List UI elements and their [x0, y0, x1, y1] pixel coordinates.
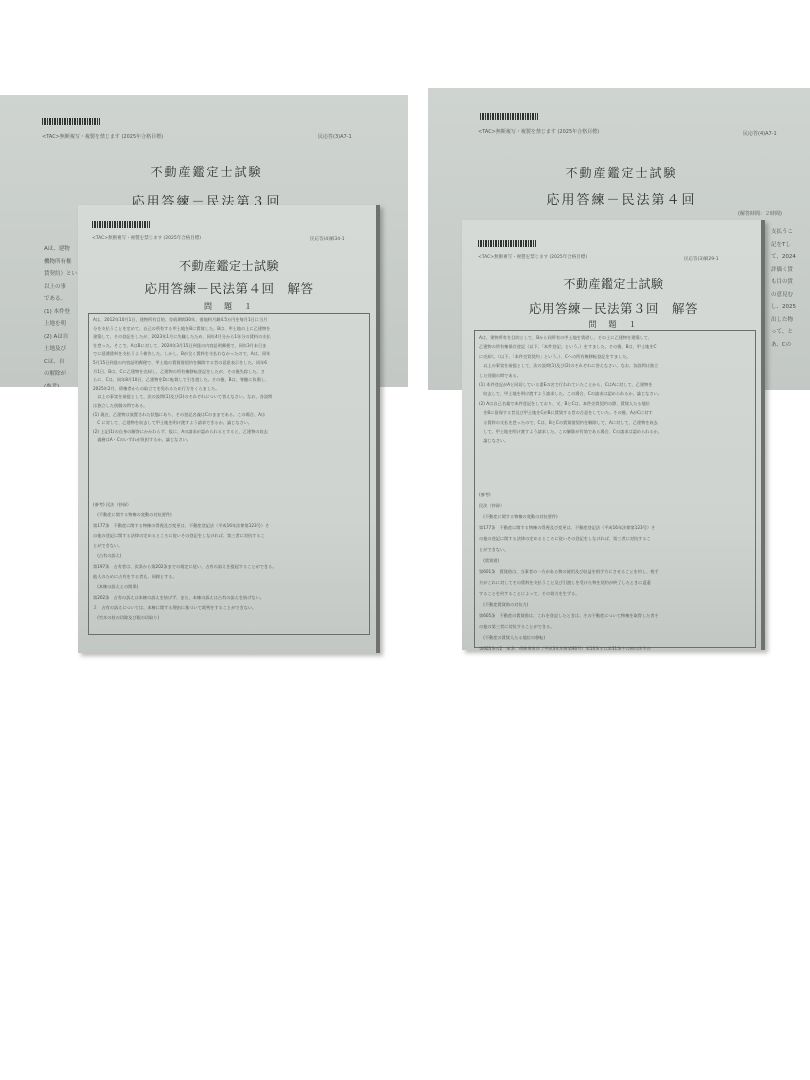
reference-text: (参考) 民法（抄録） (不動産に関する物権の変動の対抗要件) 第177条 不動… [93, 500, 277, 624]
barcode [42, 118, 100, 125]
front-left-answer-booklet: <TAC>無断複写・複製を禁じます (2025年合格目標) 民応答(4)解34-… [78, 205, 380, 653]
reference-text: (参考) 民法（抄録） (不動産に関する物権の変動の対抗要件) 第177条 不動… [479, 489, 659, 650]
front-right-answer-booklet: <TAC>無断複写・複製を禁じます (2025年合格目標) 民応答(3)解29-… [462, 220, 765, 650]
exam-title: 不動産鑑定士試験 [433, 164, 810, 181]
exam-code: 民応答(4)A7-1 [743, 130, 777, 137]
copyright-header: <TAC>無断複写・複製を禁じます (2025年合格目標) [478, 254, 587, 260]
exam-title: 不動産鑑定士試験 [78, 257, 380, 274]
copyright-header: <TAC>無断複写・複製を禁じます (2025年合格目標) [92, 235, 201, 241]
side-text: 支払うこ 記をTし て、2024 評価く賃 も目の賃 の意見む し、2025 出… [771, 226, 796, 351]
section-heading: 問 題 １ [78, 301, 380, 312]
question-text: Aは、2012年10月1日、建物所有目的、存続期間30年、借地料月額4.5万円を… [93, 316, 272, 445]
exam-code: 民応答(3)A7-1 [318, 133, 352, 140]
exam-code: 民応答(4)解34-1 [310, 236, 345, 242]
question-box: Aは、建物所有を目的として、Bから同所有の甲土地を賃借し、その上に乙建物を建築し… [474, 330, 756, 648]
time-note: (解答時間：２時間) [738, 210, 782, 217]
exam-subtitle: 応用答練－民法第３回 解答 [462, 299, 765, 317]
exam-subtitle: 応用答練－民法第４回 [433, 189, 810, 208]
question-box: Aは、2012年10月1日、建物所有目的、存続期間30年、借地料月額4.5万円を… [88, 313, 370, 635]
barcode [92, 221, 150, 228]
copyright-header: <TAC>無断複写・複製を禁じます (2025年合格目標) [42, 133, 163, 140]
barcode [480, 113, 538, 120]
exam-code: 民応答(3)解29-1 [684, 256, 719, 262]
exam-title: 不動産鑑定士試験 [5, 163, 408, 180]
barcode [478, 240, 536, 247]
exam-subtitle: 応用答練－民法第４回 解答 [78, 279, 380, 297]
question-text: Aは、建物所有を目的として、Bから同所有の甲土地を賃借し、その上に乙建物を建築し… [479, 333, 662, 446]
section-heading: 問 題 １ [462, 319, 765, 330]
exam-title: 不動産鑑定士試験 [462, 275, 765, 292]
copyright-header: <TAC>無断複写・複製を禁じます (2025年合格目標) [478, 128, 599, 135]
side-text: Aは、建物 機物所有権 賃契約）とい 以上の事 である。 (1) 本件登 上地を… [44, 243, 77, 387]
